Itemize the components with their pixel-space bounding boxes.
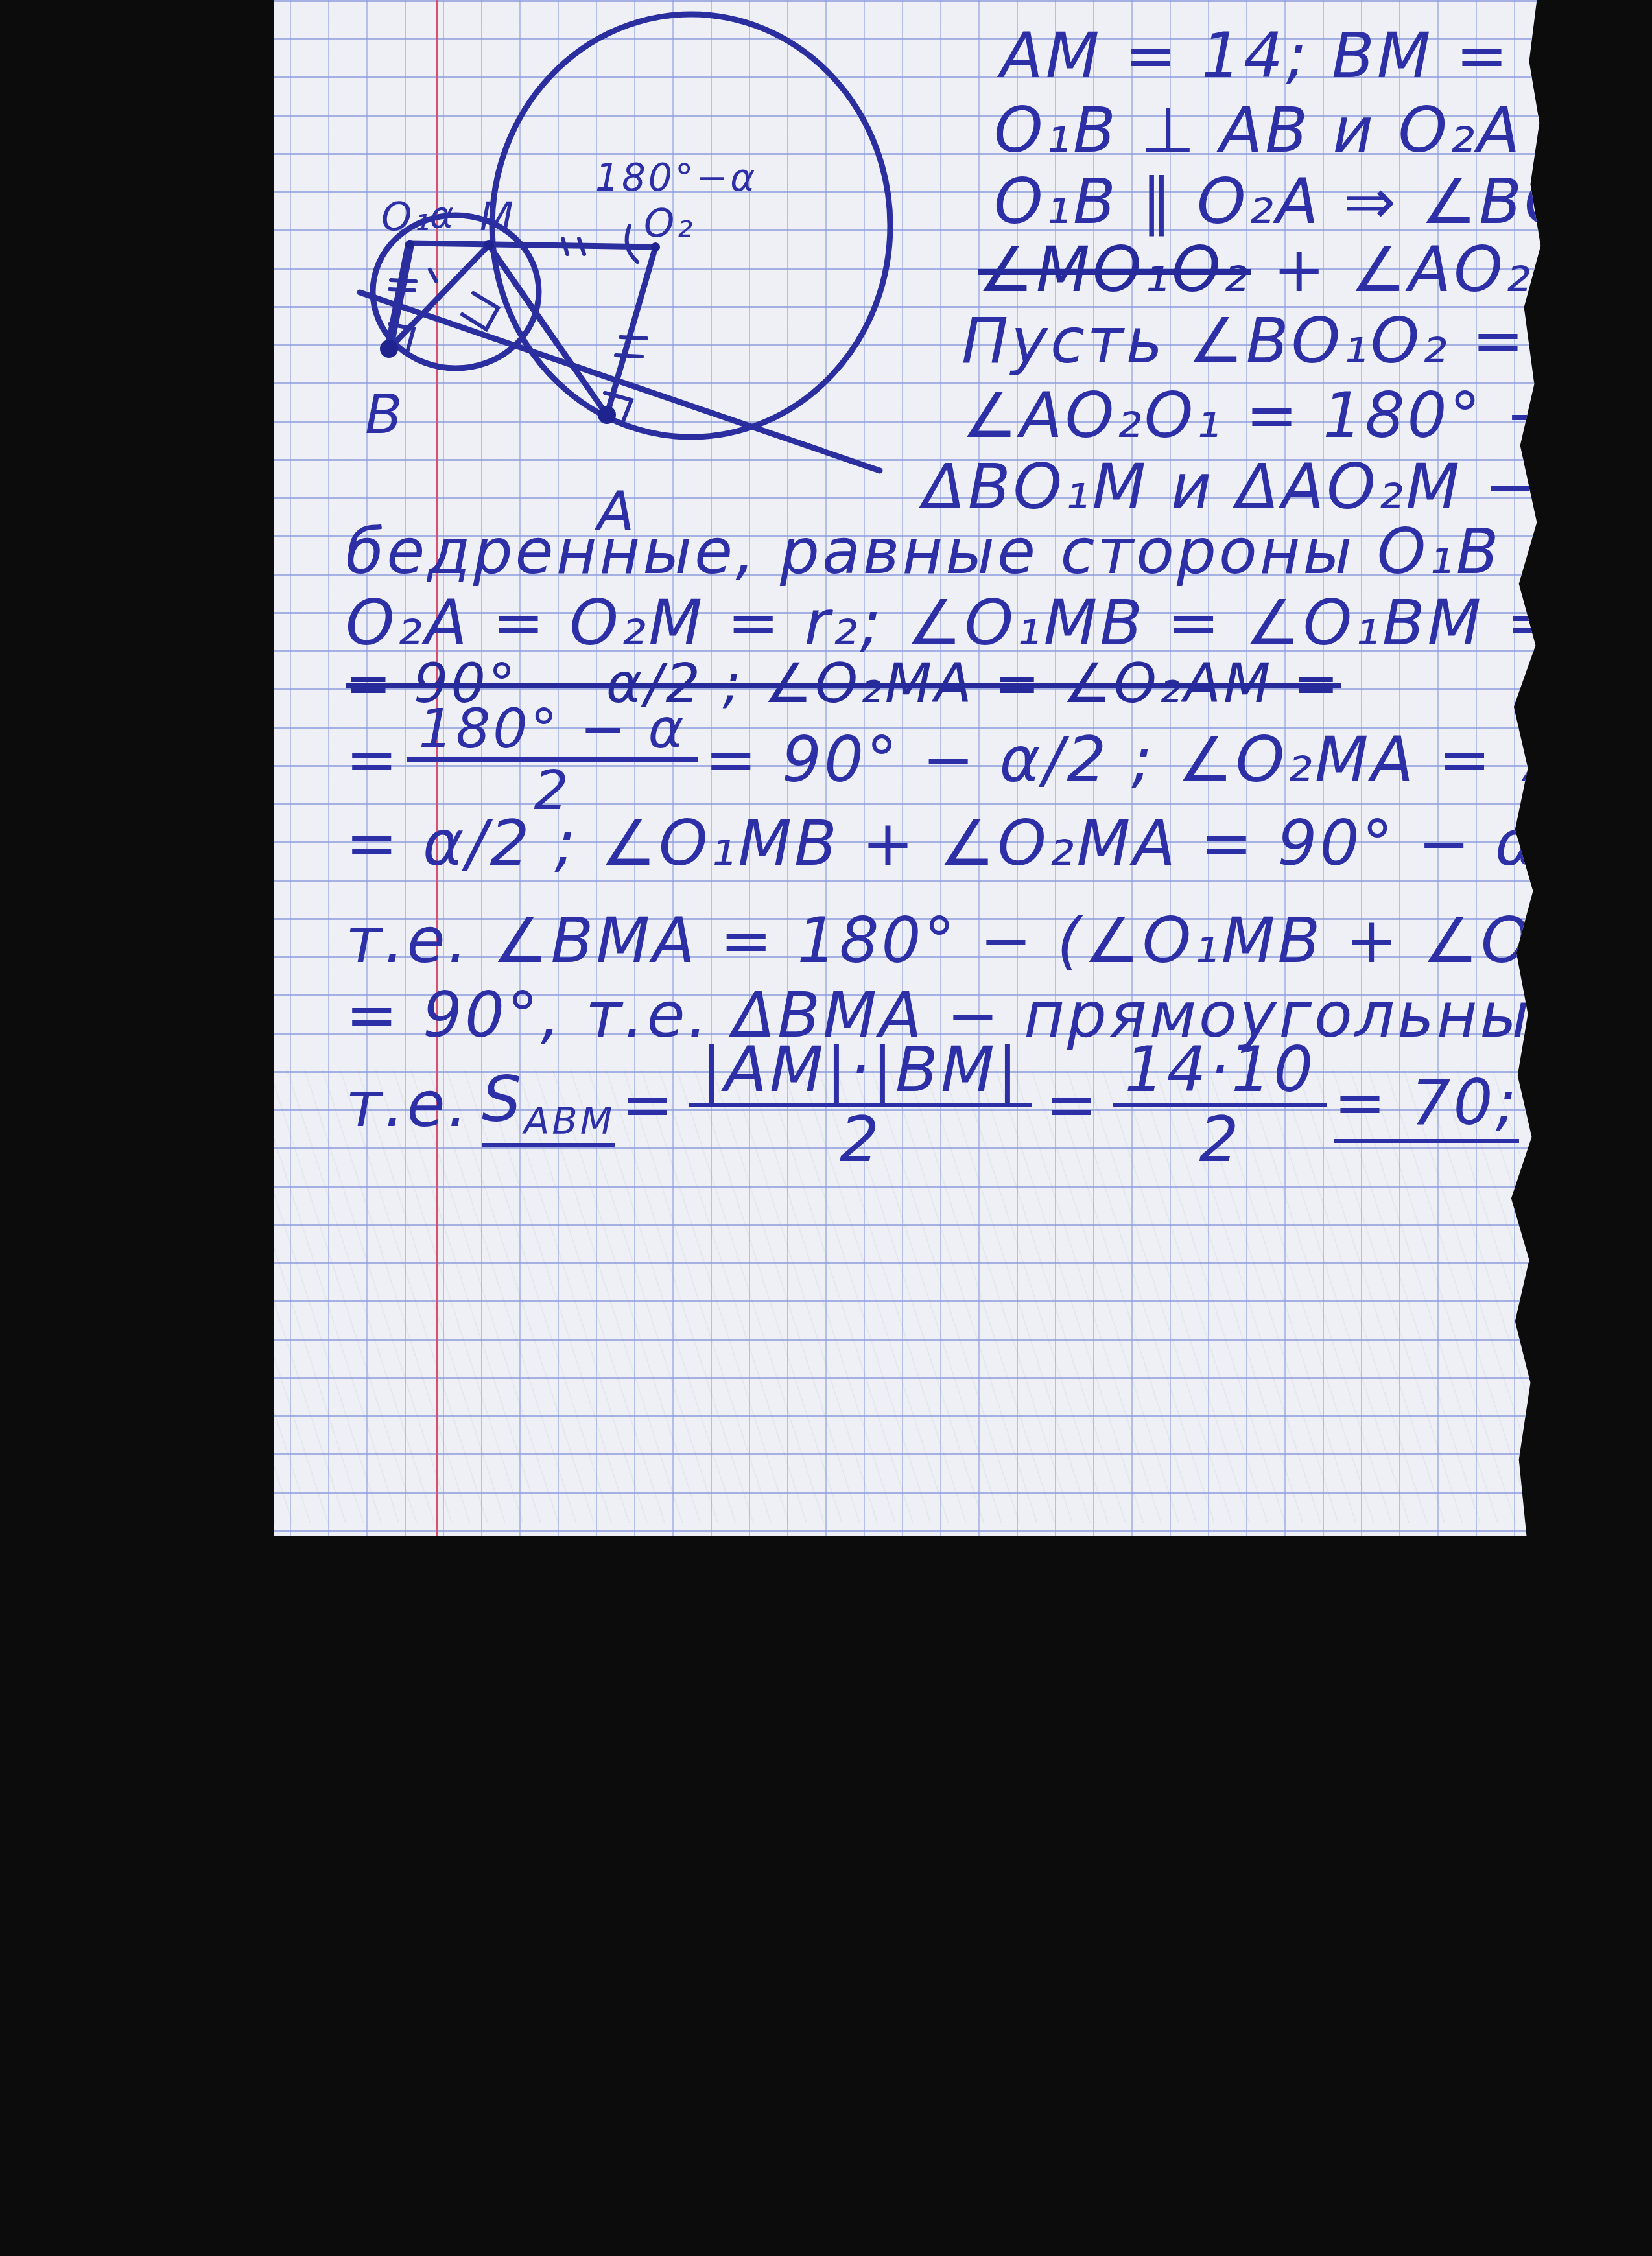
- isosceles-sides-statement: бедренные, равные стороны O₁B = O₁M = r₁…: [346, 515, 1652, 588]
- label-O2: O₂: [644, 201, 695, 246]
- label-O1: O₁: [381, 194, 432, 240]
- struck-out-text: ∠MO₁O₂: [978, 233, 1251, 306]
- angle-sum-statement: + ∠AO₂O₁ = 180°;: [1273, 233, 1652, 306]
- area-symbol: SABM: [482, 1063, 615, 1147]
- te-prefix: т.е.: [346, 1068, 470, 1141]
- point-O1: [405, 240, 414, 249]
- tangent-line-AB: [360, 292, 880, 471]
- equals-sign: =: [622, 1068, 676, 1141]
- radius-r2-statement: O₂A = O₂M = r₂; ∠O₁MB = ∠O₁BM =: [346, 587, 1561, 659]
- area-formula-fraction: |AM|·|BM| 2: [689, 1037, 1032, 1173]
- fraction-180-minus-alpha-over-2: 180° − α 2: [407, 700, 698, 819]
- graph-paper-sheet: B A M O₁ α O₂ 180°−α AM = 14; BM = 10, O…: [274, 0, 1555, 1536]
- point-B: [380, 340, 398, 358]
- label-180-minus-alpha: 180°−α: [595, 156, 758, 200]
- base-angle-statement: = 90° − α/2 ; ∠O₂MA = ∠O₂AM =: [705, 723, 1652, 796]
- given-lengths: AM = 14; BM = 10,: [1000, 19, 1640, 92]
- label-M: M: [480, 194, 516, 240]
- final-answer: = 70;: [1334, 1066, 1518, 1143]
- let-alpha-statement: Пусть ∠BO₁O₂ = α; ⇒: [962, 305, 1652, 377]
- point-A: [598, 406, 616, 424]
- point-M: [484, 240, 494, 250]
- area-numeric-fraction: 14·10 2: [1113, 1037, 1328, 1173]
- equals-sign: =: [1045, 1068, 1100, 1141]
- parallel-statement: O₁B ∥ O₂A ⇒ ∠BO₁O₂ +: [994, 165, 1652, 238]
- angle-AO2O1-statement: ∠AO₂O₁ = 180° − α,: [962, 379, 1649, 452]
- label-alpha: α: [430, 194, 456, 237]
- struck-fraction: 180°−α / 2: [1583, 609, 1652, 654]
- equals-sign: =: [346, 723, 400, 796]
- angle-sum-90-statement: = α/2 ; ∠O₁MB + ∠O₂MA = 90° − α/2 + α/2 …: [346, 807, 1652, 880]
- given-perpendiculars: O₁B ⊥ AB и O₂A ⊥ AB: [994, 94, 1652, 167]
- angle-BMA-statement: т.е. ∠BMA = 180° − (∠O₁MB + ∠O₂MA) = 180…: [346, 904, 1652, 977]
- label-B: B: [365, 382, 405, 446]
- isosceles-statement-start: ΔBO₁M и ΔAO₂M − равно-: [923, 451, 1652, 523]
